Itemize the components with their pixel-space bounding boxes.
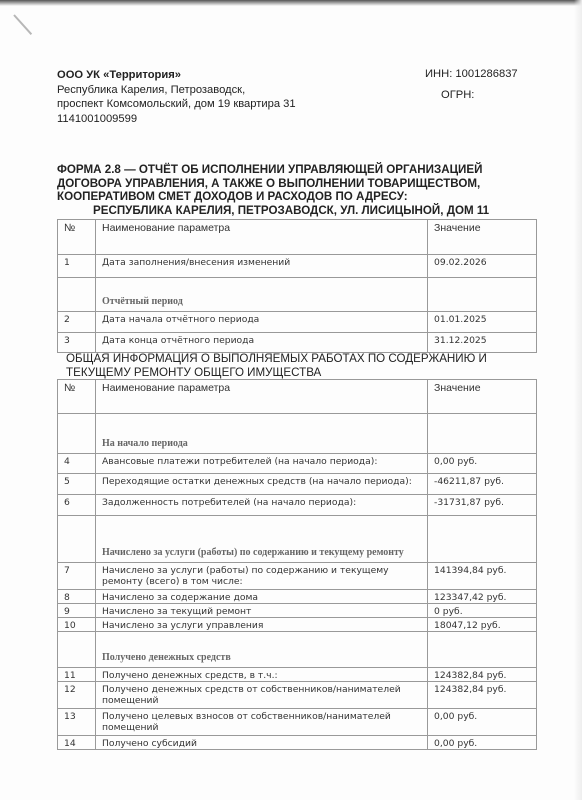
row-parameter: Получено субсидий — [96, 736, 428, 750]
pen-mark — [13, 14, 32, 35]
row-number: 13 — [58, 709, 96, 736]
row-number: 8 — [58, 590, 96, 604]
table-row: 7 Начислено за услуги (работы) по содерж… — [58, 563, 537, 590]
col-value: Значение — [428, 380, 537, 414]
col-number: № — [58, 380, 96, 414]
section-title: Начислено за услуги (работы) по содержан… — [96, 516, 428, 563]
table-row: 9 Начислено за текущий ремонт 0 руб. — [58, 604, 537, 618]
row-parameter: Получено целевых взносов от собственнико… — [96, 709, 428, 736]
row-number: 7 — [58, 563, 96, 590]
title-line-1: ФОРМА 2.8 — ОТЧЁТ ОБ ИСПОЛНЕНИИ УПРАВЛЯЮ… — [57, 163, 557, 177]
row-parameter: Задолженность потребителей (на начало пе… — [96, 495, 428, 516]
row-value: 0,00 руб. — [428, 736, 537, 750]
row-parameter: Дата конца отчётного периода — [96, 333, 428, 353]
row-value: 0,00 руб. — [428, 454, 537, 474]
table-row: 1 Дата заполнения/внесения изменений 09.… — [58, 255, 537, 278]
section-row: На начало периода — [58, 414, 537, 454]
row-parameter: Получено денежных средств, в т.ч.: — [96, 668, 428, 682]
row-number — [58, 516, 96, 563]
title-line-3: КООПЕРАТИВОМ СМЕТ ДОХОДОВ И РАСХОДОВ ПО … — [57, 190, 557, 204]
section-title: Получено денежных средств — [96, 632, 428, 668]
company-ogrn-label: ОГРН: — [441, 89, 474, 101]
section-row: Отчётный период — [58, 278, 537, 312]
table-header-row: № Наименование параметра Значение — [58, 220, 537, 255]
row-number — [58, 632, 96, 668]
row-value: 0,00 руб. — [428, 709, 537, 736]
row-value — [428, 414, 537, 454]
row-number: 1 — [58, 255, 96, 278]
table-row: 2 Дата начала отчётного периода 01.01.20… — [58, 312, 537, 333]
section-row: Начислено за услуги (работы) по содержан… — [58, 516, 537, 563]
title-address: РЕСПУБЛИКА КАРЕЛИЯ, ПЕТРОЗАВОДСК, УЛ. ЛИ… — [57, 204, 557, 218]
row-number: 6 — [58, 495, 96, 516]
row-value: -46211,87 руб. — [428, 474, 537, 495]
row-value — [428, 516, 537, 563]
table-row: 6 Задолженность потребителей (на начало … — [58, 495, 537, 516]
section-subtitle: ОБЩАЯ ИНФОРМАЦИЯ О ВЫПОЛНЯЕМЫХ РАБОТАХ П… — [66, 352, 487, 379]
table-row: 10 Начислено за услуги управления 18047,… — [58, 618, 537, 632]
company-block: ООО УК «Территория» Республика Карелия, … — [57, 68, 296, 126]
row-number: 4 — [58, 454, 96, 474]
row-parameter: Дата заполнения/внесения изменений — [96, 255, 428, 278]
row-number: 2 — [58, 312, 96, 333]
title-line-2: ДОГОВОРА УПРАВЛЕНИЯ, А ТАКЖЕ О ВЫПОЛНЕНИ… — [57, 177, 557, 191]
row-parameter: Начислено за услуги (работы) по содержан… — [96, 563, 428, 590]
row-number: 11 — [58, 668, 96, 682]
row-value: 31.12.2025 — [428, 333, 537, 353]
row-parameter: Начислено за содержание дома — [96, 590, 428, 604]
row-number — [58, 414, 96, 454]
row-number — [58, 278, 96, 312]
row-number: 10 — [58, 618, 96, 632]
table-header-row: № Наименование параметра Значение — [58, 380, 537, 414]
scan-top-edge — [0, 0, 582, 6]
col-value: Значение — [428, 220, 537, 255]
scan-right-edge — [574, 0, 582, 800]
subtitle-line-2: ТЕКУЩЕМУ РЕМОНТУ ОБЩЕГО ИМУЩЕСТВА — [66, 366, 487, 380]
table-row: 11 Получено денежных средств, в т.ч.: 12… — [58, 668, 537, 682]
row-number: 5 — [58, 474, 96, 495]
row-number: 12 — [58, 682, 96, 709]
report-period-table: № Наименование параметра Значение 1 Дата… — [57, 219, 537, 353]
row-value: 18047,12 руб. — [428, 618, 537, 632]
table-row: 3 Дата конца отчётного периода 31.12.202… — [58, 333, 537, 353]
subtitle-line-1: ОБЩАЯ ИНФОРМАЦИЯ О ВЫПОЛНЯЕМЫХ РАБОТАХ П… — [66, 352, 487, 366]
row-value — [428, 632, 537, 668]
row-parameter: Начислено за текущий ремонт — [96, 604, 428, 618]
table-row: 12 Получено денежных средств от собствен… — [58, 682, 537, 709]
col-parameter: Наименование параметра — [96, 220, 428, 255]
row-value: 124382,84 руб. — [428, 668, 537, 682]
section-title: Отчётный период — [96, 278, 428, 312]
row-value: 09.02.2026 — [428, 255, 537, 278]
row-parameter: Получено денежных средств от собственник… — [96, 682, 428, 709]
row-parameter: Дата начала отчётного периода — [96, 312, 428, 333]
row-value — [428, 278, 537, 312]
col-number: № — [58, 220, 96, 255]
company-address-1: Республика Карелия, Петрозаводск, — [57, 83, 296, 98]
row-value: 0 руб. — [428, 604, 537, 618]
company-address-2: проспект Комсомольский, дом 19 квартира … — [57, 97, 296, 112]
form-title: ФОРМА 2.8 — ОТЧЁТ ОБ ИСПОЛНЕНИИ УПРАВЛЯЮ… — [57, 163, 557, 217]
company-ogrn-value: 1141001009599 — [57, 112, 296, 127]
row-value: 141394,84 руб. — [428, 563, 537, 590]
row-value: -31731,87 руб. — [428, 495, 537, 516]
row-value: 01.01.2025 — [428, 312, 537, 333]
row-value: 123347,42 руб. — [428, 590, 537, 604]
table-row: 13 Получено целевых взносов от собственн… — [58, 709, 537, 736]
row-parameter: Начислено за услуги управления — [96, 618, 428, 632]
table-row: 14 Получено субсидий 0,00 руб. — [58, 736, 537, 750]
row-number: 9 — [58, 604, 96, 618]
col-parameter: Наименование параметра — [96, 380, 428, 414]
table-row: 5 Переходящие остатки денежных средств (… — [58, 474, 537, 495]
row-value: 124382,84 руб. — [428, 682, 537, 709]
section-title: На начало периода — [96, 414, 428, 454]
row-parameter: Авансовые платежи потребителей (на начал… — [96, 454, 428, 474]
row-number: 3 — [58, 333, 96, 353]
works-info-table: № Наименование параметра Значение На нач… — [57, 379, 537, 750]
table-row: 4 Авансовые платежи потребителей (на нач… — [58, 454, 537, 474]
company-name: ООО УК «Территория» — [57, 68, 296, 83]
row-number: 14 — [58, 736, 96, 750]
row-parameter: Переходящие остатки денежных средств (на… — [96, 474, 428, 495]
company-inn: ИНН: 1001286837 — [425, 68, 518, 80]
section-row: Получено денежных средств — [58, 632, 537, 668]
table-row: 8 Начислено за содержание дома 123347,42… — [58, 590, 537, 604]
